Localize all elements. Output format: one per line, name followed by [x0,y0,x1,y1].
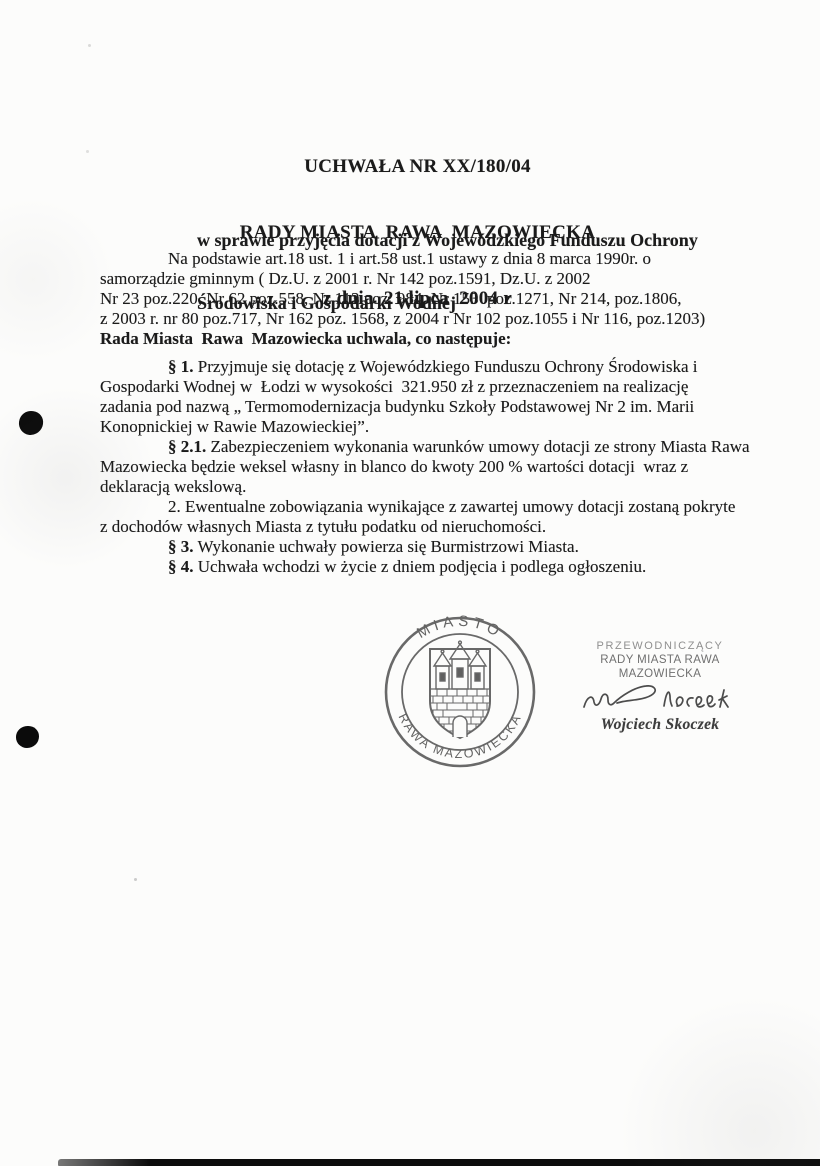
seal-shield [430,641,490,738]
signature-role-line-1: PRZEWODNICZĄCY [560,639,760,653]
body-text: Przyjmuje się dotację z Wojewódzkiego Fu… [194,357,698,376]
section-2-paragraph-1: § 2.1. Zabezpieczeniem wykonania warunkó… [100,437,760,497]
section-2-paragraph-2: 2. Ewentualne zobowiązania wynikające z … [100,497,760,537]
section-4-marker: § 4. [168,557,194,576]
body-text: Zabezpieczeniem wykonania warunków umowy… [206,437,749,456]
body-line: z 2003 r. nr 80 poz.717, Nr 162 poz. 156… [100,309,760,329]
svg-text:MIASTO: MIASTO [414,613,506,642]
city-seal: MIASTO RAWA MAZOWIECKA [381,613,539,771]
seal-ring-text-top: MIASTO [414,613,506,642]
body-line: Gospodarki Wodnej w Łodzi w wysokości 32… [100,377,760,397]
section-3-marker: § 3. [168,537,194,556]
body-line: deklaracją wekslową. [100,477,760,497]
body-line: Konopnickiej w Rawie Mazowieckiej”. [100,417,760,437]
body-line: 2. Ewentualne zobowiązania wynikające z … [100,497,760,517]
section-2-marker: § 2. [168,437,194,456]
body-block: Na podstawie art.18 ust. 1 i art.58 ust.… [100,249,760,577]
section-3-paragraph: § 3. Wykonanie uchwały powierza się Burm… [100,537,760,557]
preamble-paragraph: Na podstawie art.18 ust. 1 i art.58 ust.… [100,249,760,349]
signatory-name: Wojciech Skoczek [560,716,760,734]
seal-outer-ring [386,618,534,766]
signature-block: PRZEWODNICZĄCY RADY MIASTA RAWA MAZOWIEC… [560,639,760,734]
body-line: § 2.1. Zabezpieczeniem wykonania warunkó… [100,437,760,457]
enacting-clause: Rada Miasta Rawa Mazowiecka uchwala, co … [100,329,760,349]
scan-speck [134,878,137,881]
title-line-1: UCHWAŁA NR XX/180/04 [85,156,750,178]
section-1-paragraph: § 1. Przyjmuje się dotację z Wojewódzkie… [100,357,760,437]
scan-edge-strip [58,1159,820,1166]
body-text: Uchwała wchodzi w życie z dniem podjęcia… [194,557,647,576]
section-1-marker: § 1. [168,357,194,376]
section-2-sub-marker: 1. [194,437,207,456]
subject-line-1: w sprawie przyjęcia dotacji z Wojewódzki… [197,230,698,251]
hole-punch-bottom [16,726,39,748]
body-line: Na podstawie art.18 ust. 1 i art.58 ust.… [100,249,760,269]
section-4-paragraph: § 4. Uchwała wchodzi w życie z dniem pod… [100,557,760,577]
body-line: § 4. Uchwała wchodzi w życie z dniem pod… [100,557,760,577]
body-line: Mazowiecka będzie weksel własny in blanc… [100,457,760,477]
scan-speck [86,150,89,153]
body-line: Nr 23 poz.220, Nr 62 poz.558, Nr 113 poz… [100,289,760,309]
hole-punch-top [17,409,44,436]
scanned-document-page: UCHWAŁA NR XX/180/04 RADY MIASTA RAWA MA… [0,0,820,1166]
body-text: Wykonanie uchwały powierza się Burmistrz… [194,537,579,556]
body-line: z dochodów własnych Miasta z tytułu poda… [100,517,760,537]
scan-speck [88,44,91,47]
body-line: samorządzie gminnym ( Dz.U. z 2001 r. Nr… [100,269,760,289]
signature-scribble [580,683,740,715]
signature-role-line-2: RADY MIASTA RAWA MAZOWIECKA [560,653,760,681]
body-line: § 3. Wykonanie uchwały powierza się Burm… [100,537,760,557]
body-line: § 1. Przyjmuje się dotację z Wojewódzkie… [100,357,760,377]
body-line: zadania pod nazwą „ Termomodernizacja bu… [100,397,760,417]
